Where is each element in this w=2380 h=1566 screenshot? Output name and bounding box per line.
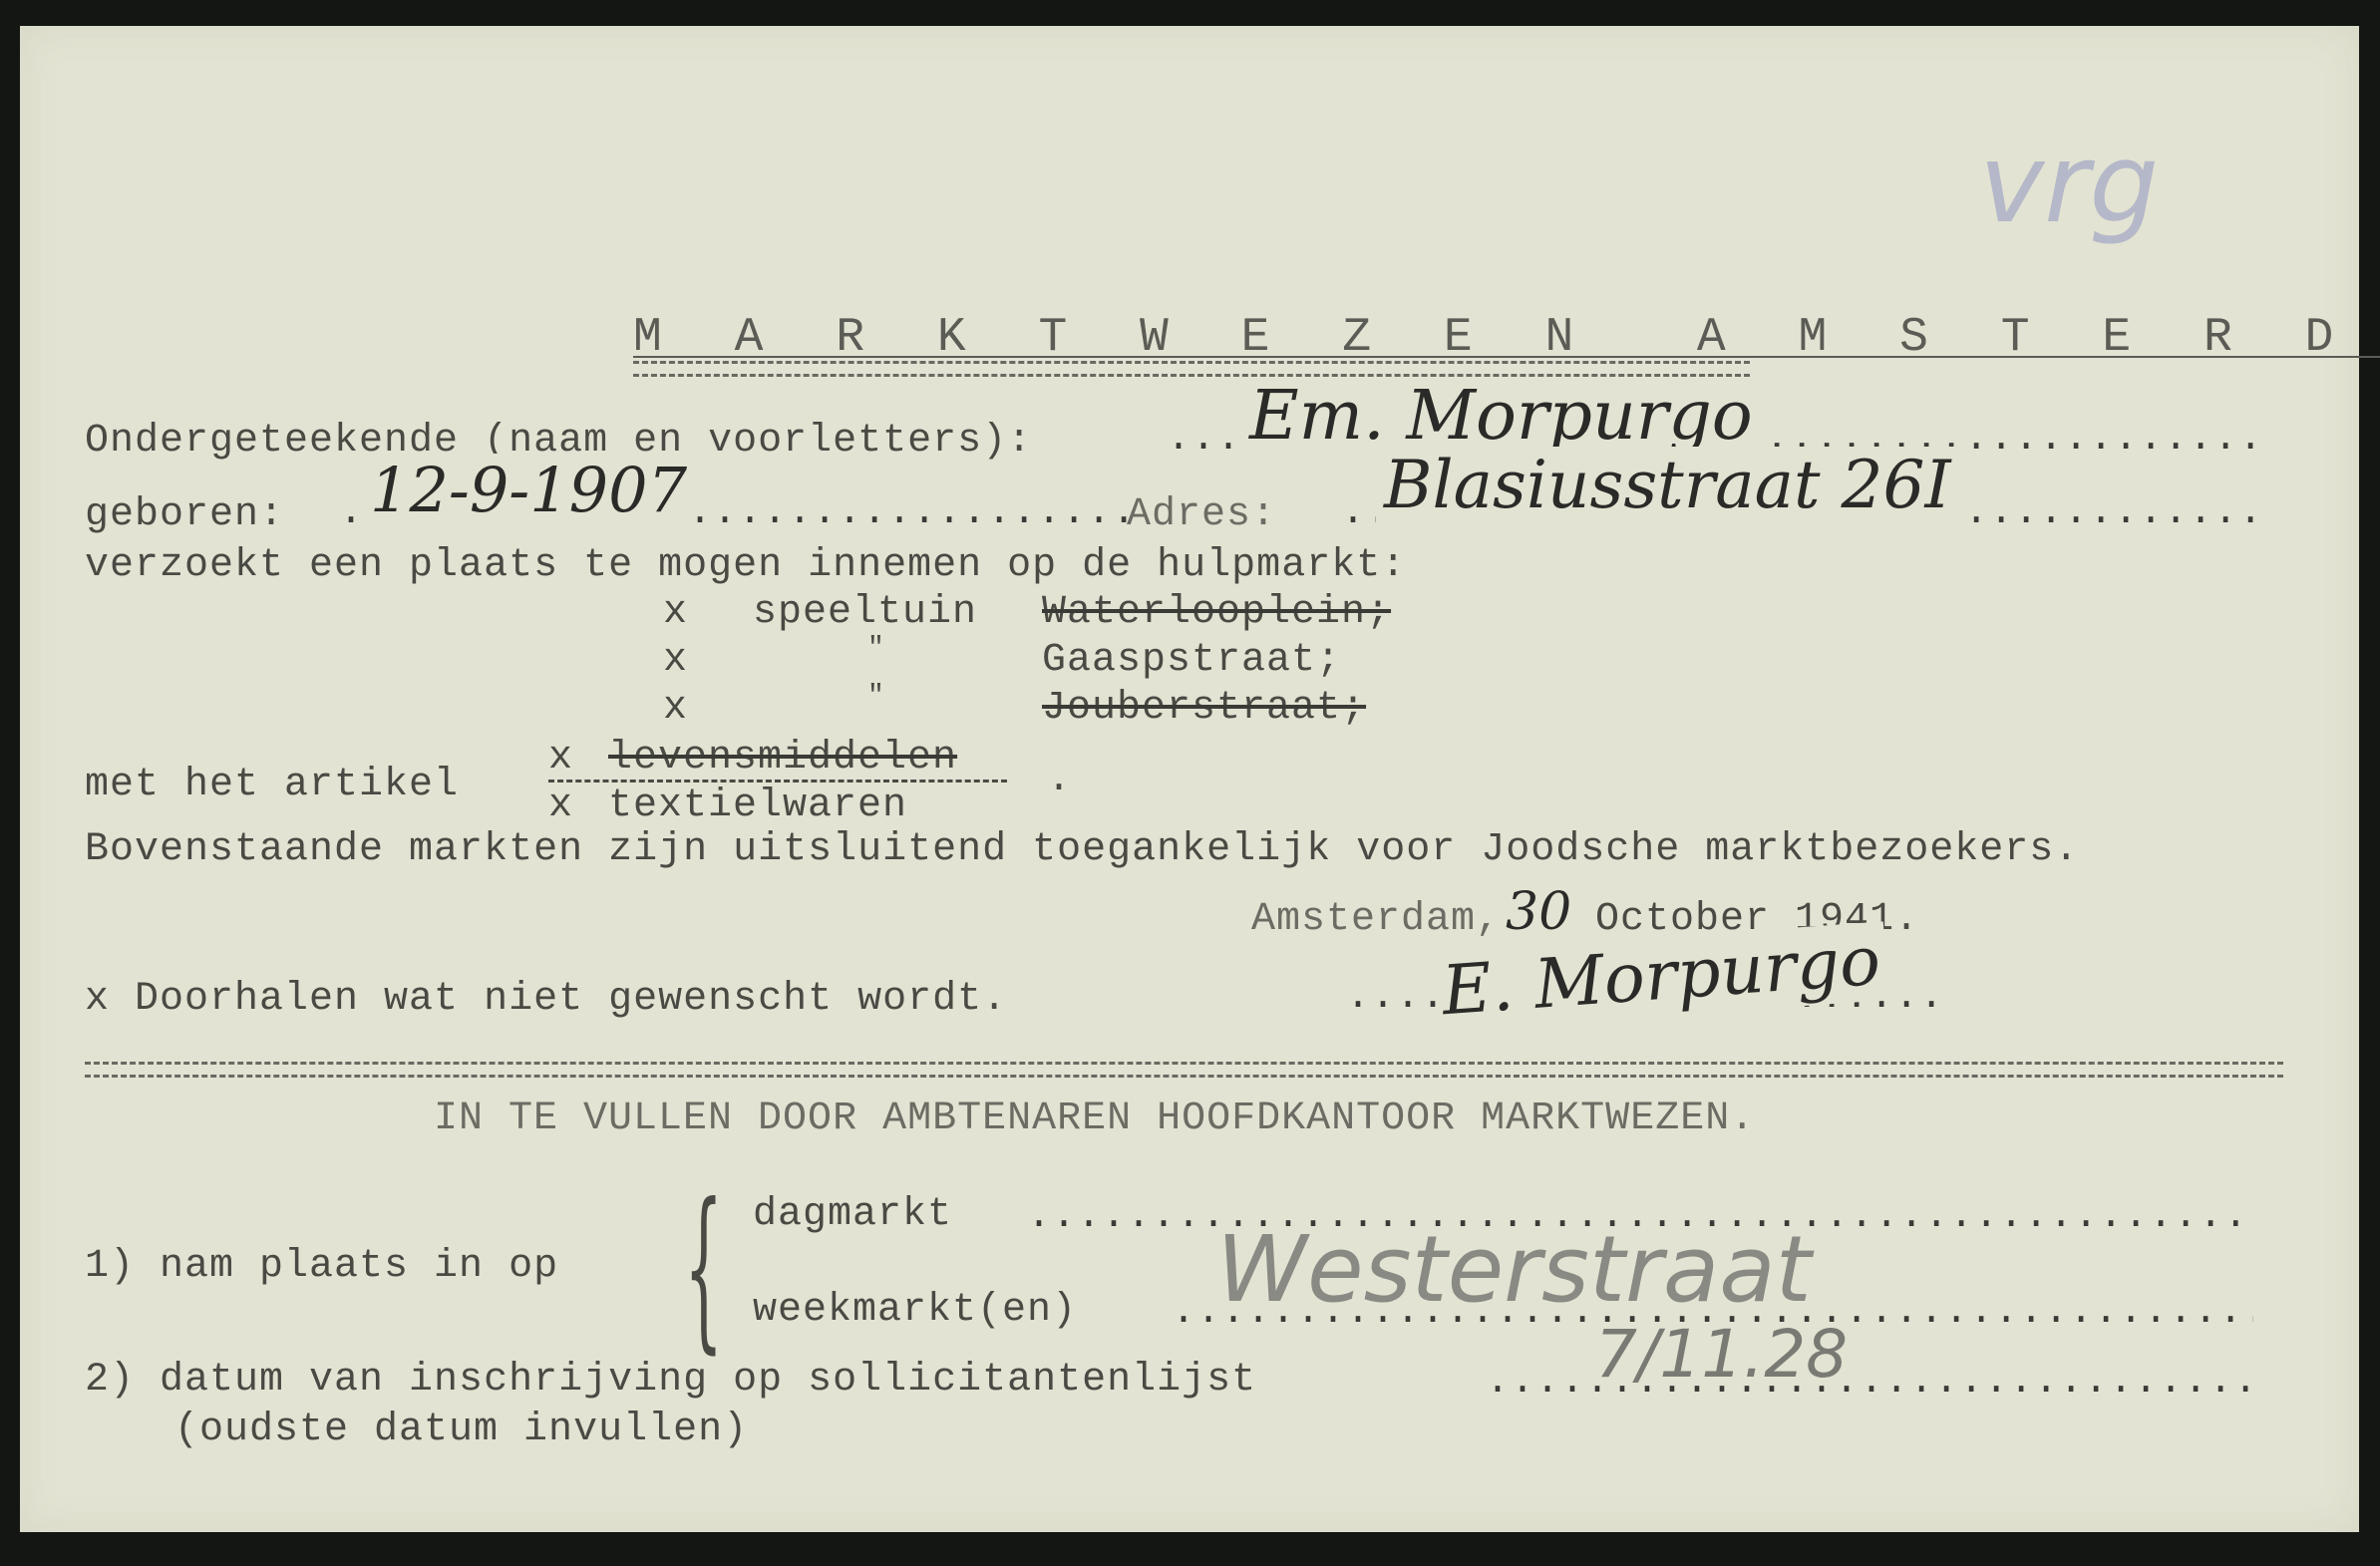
article-2-marker: x [548, 783, 573, 828]
option-2-ditto: " [867, 633, 885, 664]
footnote-text: x Doorhalen wat niet gewenscht wordt. [85, 977, 1007, 1022]
option-3-marker: x [663, 686, 688, 731]
title-double-rule [633, 361, 1750, 377]
office-section-heading: IN TE VULLEN DOOR AMBTENAREN HOOFDKANTOO… [434, 1096, 1755, 1141]
article-end: . [1047, 758, 1072, 802]
place-city: Amsterdam, [1251, 897, 1501, 942]
article-label: met het artikel [85, 763, 459, 807]
date-day: 30 [1506, 882, 1571, 942]
pencil-annotation: vrg [1979, 120, 2159, 247]
option-3-place-struck: Jouberstraat; [1042, 686, 1366, 731]
document-title: M A R K T W E Z E N A M S T E R D A M. [633, 311, 2380, 365]
item2-label: 2) datum van inschrijving op sollicitant… [85, 1358, 1256, 1403]
applicant-name: Em. Morpurgo [1241, 377, 1761, 456]
notice-text: Bovenstaande markten zijn uitsluitend to… [85, 827, 2079, 872]
option-1-prefix: speeltuin [753, 590, 977, 635]
item1-day-label: dagmarkt [753, 1192, 952, 1237]
article-2-text: textielwaren [608, 783, 907, 828]
option-2-marker: x [663, 638, 688, 683]
section-double-rule [85, 1062, 2283, 1078]
option-2-place: Gaaspstraat; [1042, 638, 1341, 683]
item1-label: 1) nam plaats in op [85, 1244, 558, 1289]
item2-note: (oudste datum invullen) [174, 1408, 748, 1452]
option-3-ditto: " [867, 681, 885, 712]
address-value: Blasiusstraat 26I [1376, 447, 1959, 523]
option-1-marker: x [663, 590, 688, 635]
option-1-place-struck: Waterlooplein; [1042, 590, 1391, 635]
address-label: Adres: [1127, 492, 1276, 537]
article-fraction-line [548, 780, 1007, 783]
request-intro: verzoekt een plaats te mogen innemen op … [85, 543, 1406, 588]
item2-value: 7/11.28 [1595, 1316, 1848, 1393]
item1-value: Westerstraat [1216, 1216, 1812, 1323]
born-date: 12-9-1907 [364, 454, 693, 526]
article-1-struck: levensmiddelen [608, 736, 957, 781]
born-label: geboren: [85, 492, 284, 537]
item1-brace: { [684, 1181, 723, 1356]
item1-week-label: weekmarkt(en) [753, 1288, 1077, 1333]
article-1-marker: x [548, 736, 573, 781]
